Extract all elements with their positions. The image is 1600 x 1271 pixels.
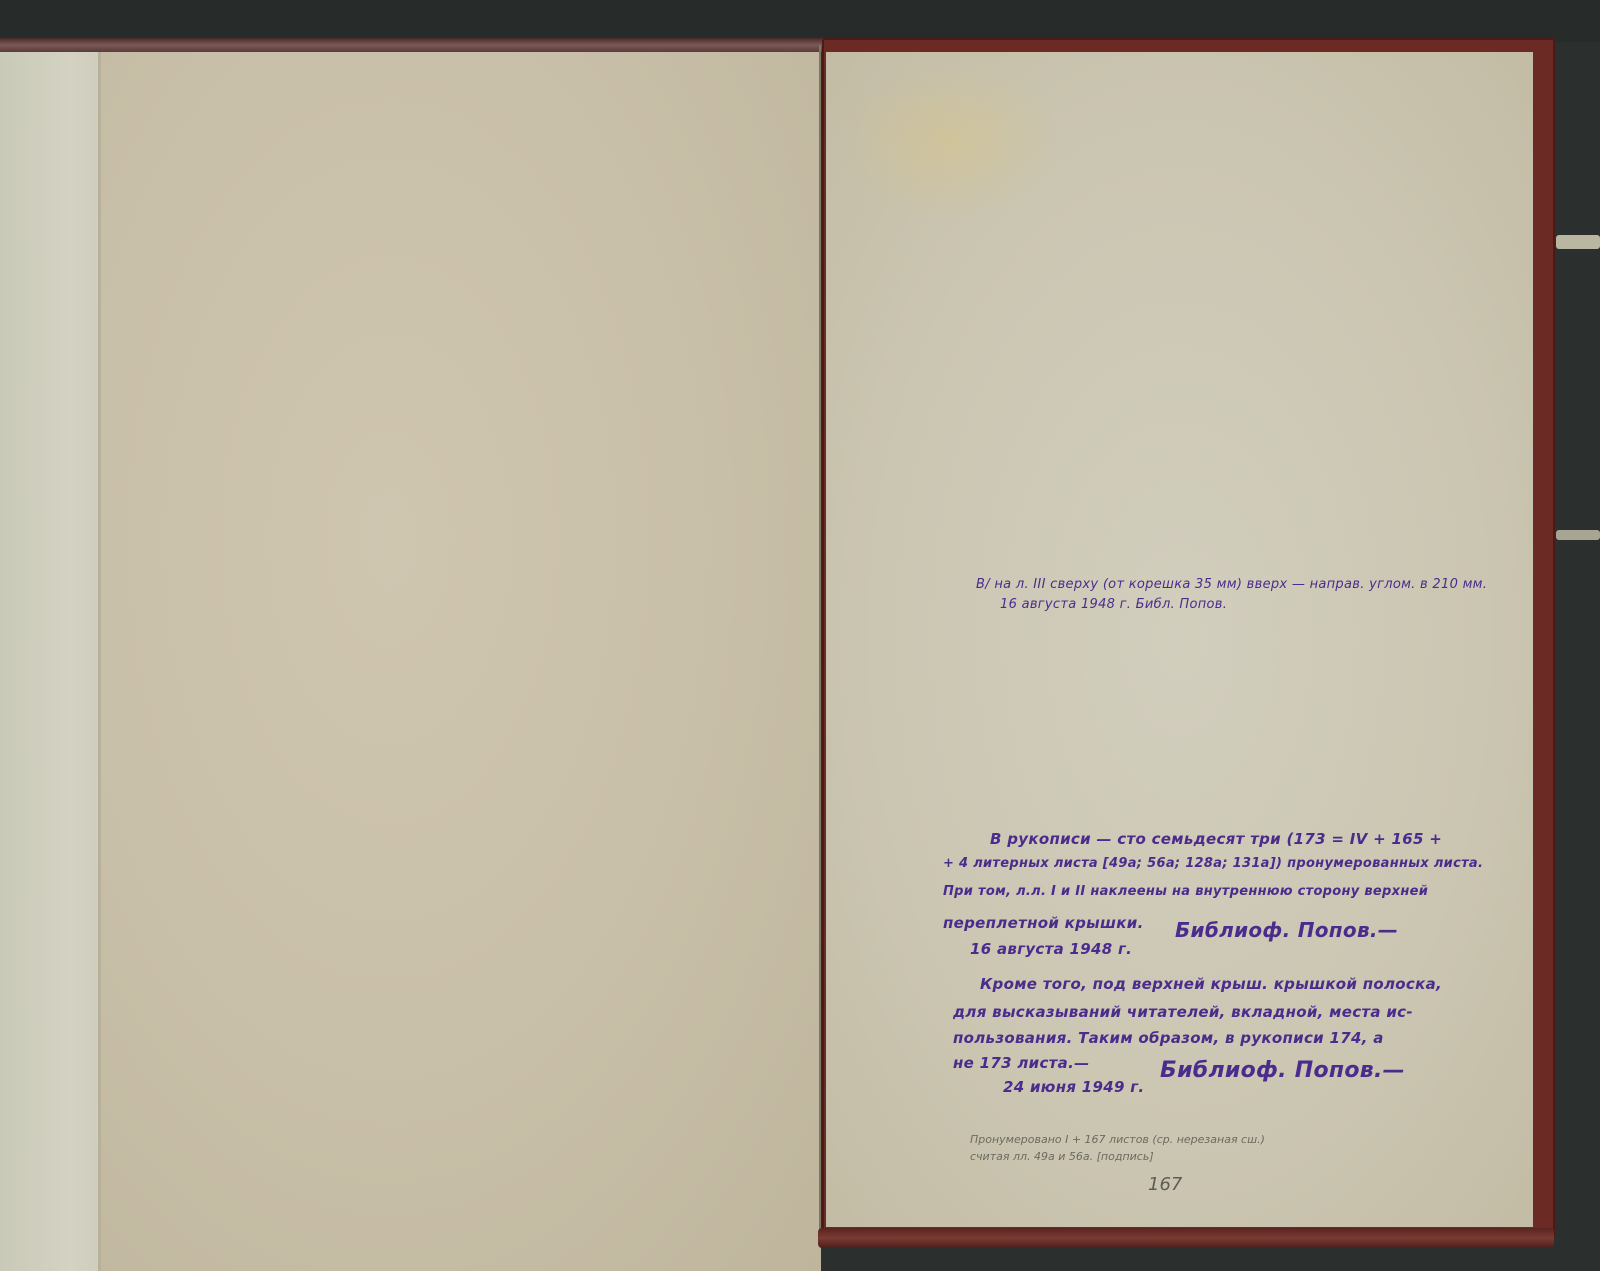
note2-line2: + 4 литерных листа [49а; 56а; 128а; 131а…: [943, 856, 1483, 871]
note3-line1: Кроме того, под верхней крыш. крышкой по…: [980, 975, 1442, 993]
left-page: [101, 52, 821, 1271]
note1-line1: В/ на л. III сверху (от корешка 35 мм) в…: [976, 577, 1487, 592]
gutter-line: [819, 45, 821, 1240]
note3-line4: не 173 листа.—: [953, 1054, 1089, 1072]
note2-line3: При том, л.л. I и II наклеены на внутрен…: [943, 884, 1428, 899]
flyleaf-strip: [0, 52, 100, 1271]
note1-line2: 16 августа 1948 г. Библ. Попов.: [1000, 597, 1227, 612]
note3-date: 24 июня 1949 г.: [1003, 1078, 1144, 1096]
tie-ribbon-lower: [1556, 530, 1600, 540]
right-board-bottom-edge: [818, 1228, 1554, 1248]
note3-line3: пользования. Таким образом, в рукописи 1…: [953, 1029, 1384, 1047]
note2-line1: В рукописи — сто семьдесят три (173 = IV…: [990, 830, 1442, 848]
paper-stain: [840, 60, 1060, 220]
note2-date: 16 августа 1948 г.: [970, 940, 1132, 958]
background-top: [0, 0, 1600, 42]
note2-signature: Библиоф. Попов.—: [1175, 918, 1398, 942]
note2-line4: переплетной крышки.: [943, 914, 1144, 932]
folio-number: 167: [1148, 1174, 1182, 1195]
pencil-note-line2: считая лл. 49а и 56а. [подпись]: [970, 1150, 1154, 1163]
note3-line2: для высказываний читателей, вкладной, ме…: [953, 1003, 1413, 1021]
note3-signature: Библиоф. Попов.—: [1160, 1058, 1405, 1083]
tie-ribbon: [1556, 235, 1600, 249]
left-board-top-edge: [0, 38, 830, 52]
right-pastedown-page: [826, 52, 1533, 1227]
pencil-note-line1: Пронумеровано I + 167 листов (ср. нереза…: [970, 1133, 1265, 1146]
